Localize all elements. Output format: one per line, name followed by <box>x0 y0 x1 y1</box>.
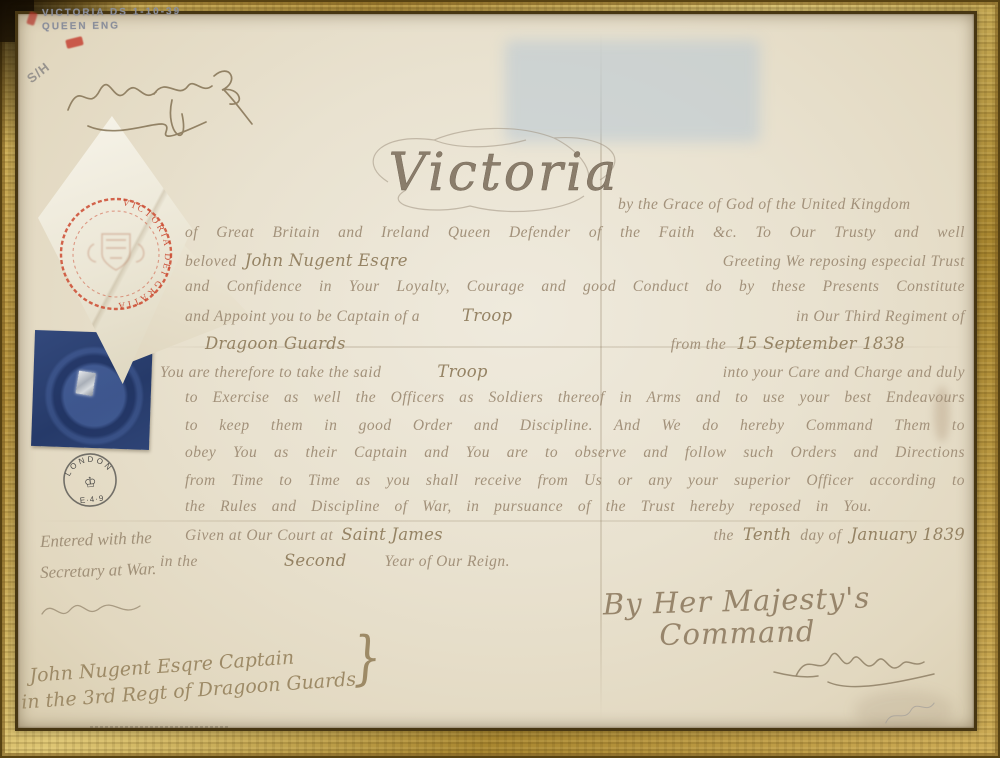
secretary-signature <box>34 590 164 630</box>
body-line: of Great Britain and Ireland Queen Defen… <box>185 224 965 246</box>
engraved-text: day of <box>800 527 841 546</box>
victoria-royal-signature <box>54 48 264 153</box>
engraved-text: the Rules and Discipline of War, in purs… <box>185 498 872 515</box>
body-line: beloved John Nugent Esqre Greeting We re… <box>185 251 965 273</box>
engraved-text: and Appoint you to be Captain of a <box>185 308 420 327</box>
handwritten-insertion: Troop <box>462 306 512 326</box>
crown-icon: ♔ <box>83 474 97 491</box>
london-duty-stamp: LONDON ♔ E·4·9 <box>53 443 128 518</box>
body-line: Dragoon Guards from the 15 September 183… <box>205 334 905 356</box>
engraved-text: You are therefore to take the said <box>160 364 381 383</box>
engraved-text: and Confidence in Your Loyalty, Courage … <box>185 278 965 295</box>
engraved-text: in Our Third Regiment of <box>796 308 965 327</box>
handwritten-place: Saint James <box>341 525 442 545</box>
body-line: the Rules and Discipline of War, in purs… <box>185 498 872 520</box>
body-line: to Exercise as well the Officers as Sold… <box>185 389 965 411</box>
entered-note-line2: Secretary at War. <box>40 559 157 583</box>
engraved-text: from Time to Time as you shall receive f… <box>185 472 965 489</box>
countersignature <box>766 632 974 710</box>
engraved-text: to keep them in good Order and Disciplin… <box>185 417 965 434</box>
embossed-arms <box>88 234 144 270</box>
handwritten-insertion: Troop <box>437 362 487 382</box>
pencil-note-line1: VICTORIA DS 1-10-39 <box>42 5 181 20</box>
printer-imprint <box>90 726 230 728</box>
engraved-text: into your Care and Charge and duly <box>723 364 965 383</box>
heading-victoria: Victoria <box>388 143 619 203</box>
pencil-side-note: S/H <box>25 60 52 85</box>
engraved-text: beloved <box>185 253 237 272</box>
handwritten-date: 15 September 1838 <box>736 334 905 354</box>
handwritten-insertion: Dragoon Guards <box>205 334 346 354</box>
engraved-text: in the <box>160 553 198 572</box>
entered-note-line1: Entered with the <box>40 528 152 552</box>
engraved-text: to Exercise as well the Officers as Sold… <box>185 389 965 406</box>
body-line: Given at Our Court at Saint James the Te… <box>185 525 965 547</box>
pencil-note-line2: QUEEN ENG <box>42 19 120 33</box>
body-line: from Time to Time as you shall receive f… <box>185 472 965 494</box>
engraved-text: by the Grace of God of the United Kingdo… <box>618 196 911 213</box>
docket-brace: } <box>350 628 383 688</box>
body-line: You are therefore to take the said Troop… <box>160 362 965 384</box>
engraved-text: Given at Our Court at <box>185 527 333 546</box>
handwritten-day: Tenth <box>743 525 791 545</box>
silver-foil <box>76 371 96 396</box>
body-line: obey You as their Captain and You are to… <box>185 444 965 466</box>
body-line: in the Second Year of Our Reign. <box>160 551 510 573</box>
heading-flourish: Victoria <box>348 124 658 222</box>
handwritten-month-year: January 1839 <box>851 525 965 545</box>
engraved-text: Greeting We reposing especial Trust <box>723 253 965 272</box>
engraved-text: Year of Our Reign. <box>385 553 511 572</box>
body-line: and Confidence in Your Loyalty, Courage … <box>185 278 965 300</box>
red-embossed-seal: VICTORIA DEI GRATIA <box>48 186 184 322</box>
engraved-text: obey You as their Captain and You are to… <box>185 444 965 461</box>
body-line: and Appoint you to be Captain of a Troop… <box>185 306 965 328</box>
parchment: S/H Victoria by the Grace of God of the … <box>18 14 974 728</box>
handwritten-regnal-year: Second <box>284 551 347 571</box>
body-line: to keep them in good Order and Disciplin… <box>185 417 965 439</box>
engraved-text: from the <box>671 336 727 355</box>
docket: John Nugent Esqre Captain in the 3rd Reg… <box>18 639 389 716</box>
engraved-text: of Great Britain and Ireland Queen Defen… <box>185 224 965 241</box>
engraved-text: the <box>713 527 733 546</box>
framed-document-photo: S/H Victoria by the Grace of God of the … <box>0 0 1000 758</box>
fold-crease-horizontal-2 <box>28 520 966 522</box>
body-line: by the Grace of God of the United Kingdo… <box>618 196 911 218</box>
handwritten-name: John Nugent Esqre <box>245 251 408 271</box>
